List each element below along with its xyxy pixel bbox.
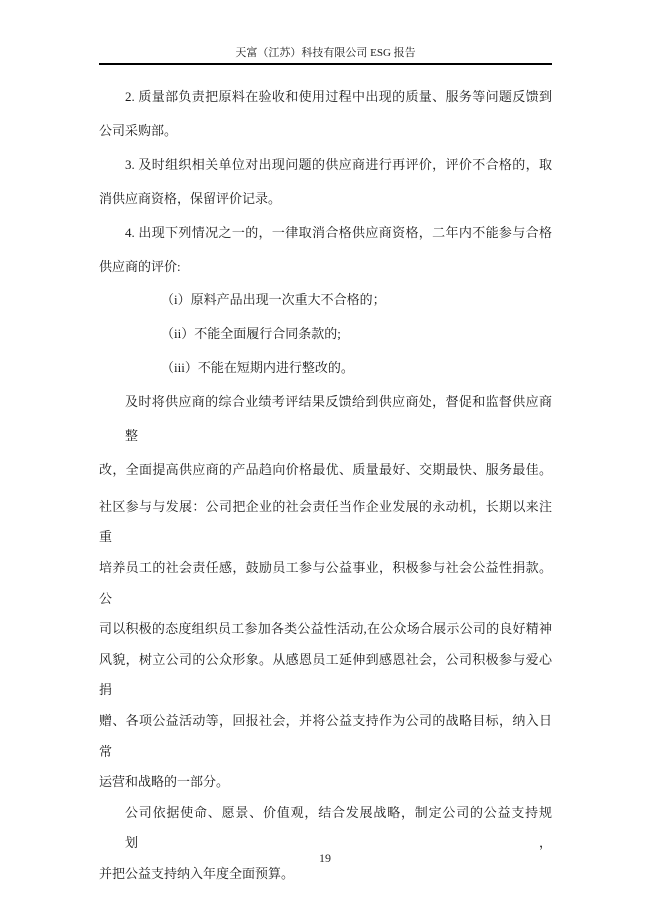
text-line: （iii）不能在短期内进行整改的。 [99, 351, 552, 385]
page-footer: 19 [0, 848, 650, 868]
text-line: 供应商的评价: [99, 250, 552, 284]
text-line: 公司采购部。 [99, 114, 552, 148]
text-line: 运营和战略的一部分。 [99, 767, 552, 798]
page-number: 19 [319, 851, 331, 865]
text-line: 司以积极的态度组织员工参加各类公益性活动,在公众场合展示公司的良好精神 [99, 614, 552, 645]
text-line: 2. 质量部负责把原料在验收和使用过程中出现的质量、服务等问题反馈到 [99, 80, 552, 114]
text-line: （ii）不能全面履行合同条款的; [99, 317, 552, 351]
text-line: 4. 出现下列情况之一的，一律取消合格供应商资格，二年内不能参与合格 [99, 216, 552, 250]
document-page: 天富（江苏）科技有限公司 ESG 报告 2. 质量部负责把原料在验收和使用过程中… [0, 0, 650, 919]
text-line: 改，全面提高供应商的产品趋向价格最优、质量最好、交期最快、服务最佳。 [99, 453, 552, 487]
text-line: 风貌，树立公司的公众形象。从感恩员工延伸到感恩社会，公司积极参与爱心捐 [99, 645, 552, 706]
text-line: 3. 及时组织相关单位对出现问题的供应商进行再评价，评价不合格的，取 [99, 148, 552, 182]
text-line: 培养员工的社会责任感，鼓励员工参与公益事业，积极参与社会公益性捐款。公 [99, 553, 552, 614]
text-line: 赠、各项公益活动等，回报社会，并将公益支持作为公司的战略目标，纳入日常 [99, 706, 552, 767]
text-line: （i）原料产品出现一次重大不合格的； [99, 283, 552, 317]
header-title: 天富（江苏）科技有限公司 ESG 报告 [235, 47, 415, 59]
text-line: 社区参与与发展：公司把企业的社会责任当作企业发展的永动机，长期以来注重 [99, 492, 552, 553]
page-header: 天富（江苏）科技有限公司 ESG 报告 [99, 43, 552, 65]
text-line: 及时将供应商的综合业绩考评结果反馈给到供应商处，督促和监督供应商整 [99, 385, 552, 453]
document-body: 2. 质量部负责把原料在验收和使用过程中出现的质量、服务等问题反馈到公司采购部。… [99, 80, 552, 890]
text-line: 消供应商资格，保留评价记录。 [99, 182, 552, 216]
